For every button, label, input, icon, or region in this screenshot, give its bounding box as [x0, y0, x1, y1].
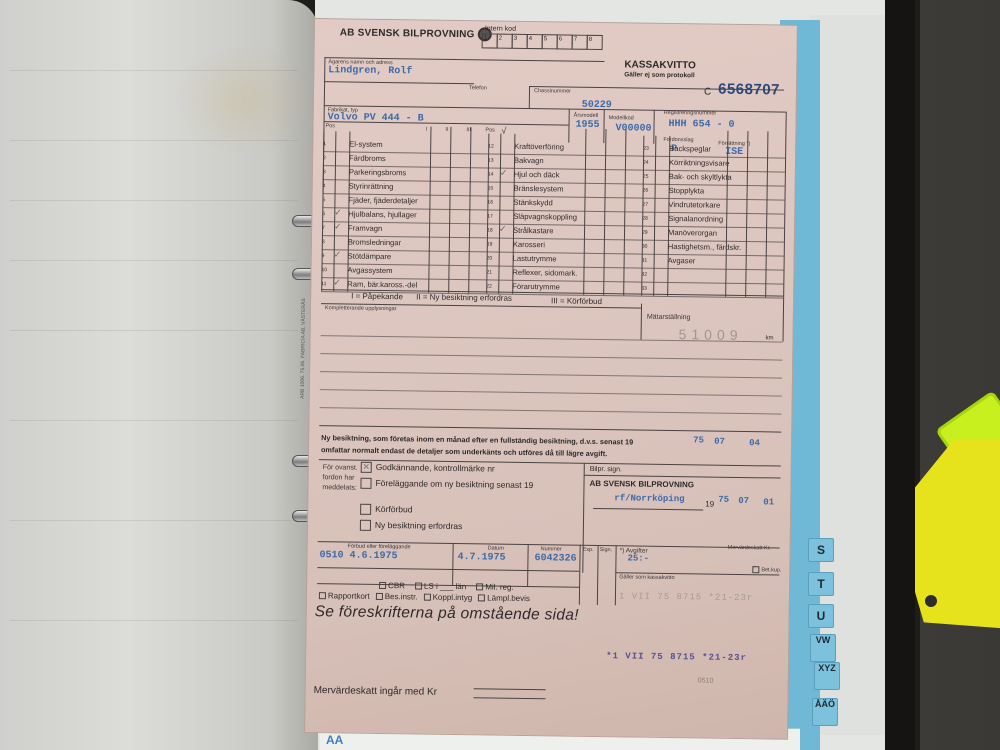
- pos-header: Pos: [325, 123, 335, 129]
- inspection-item: 5Fjäder, fjäderdetaljer: [322, 193, 487, 208]
- issuer-logo: AB SVENSK BILPROVNING: [340, 25, 492, 41]
- inspection-item: 12Kraftöverföring: [488, 139, 643, 154]
- vat-label: Mervärdeskatt Kr.: [728, 545, 771, 552]
- inspection-item: 28Signalanordning: [642, 212, 784, 227]
- item-label: Parkeringsbroms: [349, 168, 407, 178]
- inspection-item: 8Bromsledningar: [322, 235, 487, 250]
- item-pos: 24: [643, 160, 653, 166]
- intern-kod-box[interactable]: 2: [497, 34, 513, 49]
- item-pos: 8: [322, 239, 332, 245]
- item-pos: 26: [643, 188, 653, 194]
- issuer-name: AB SVENSK BILPROVNING: [340, 27, 475, 40]
- intern-kod-box[interactable]: 3: [512, 34, 528, 49]
- order-label: Förbud eller föreläggande: [348, 544, 411, 551]
- attachment-option: LS i ___ län: [415, 581, 466, 591]
- binder-edge: [885, 0, 915, 750]
- decision-option: ✕Godkännande, kontrollmärke nr: [361, 462, 561, 476]
- item-pos: 27: [642, 202, 652, 208]
- bottom-sheet-text: AA: [326, 733, 343, 747]
- intern-kod-box[interactable]: 6: [557, 34, 573, 49]
- inspection-item: 17Släpvagnskoppling: [487, 209, 642, 224]
- index-tab[interactable]: XYZ: [814, 662, 840, 690]
- station-year-prefix: 19: [705, 500, 714, 509]
- intern-kod-box[interactable]: 4: [527, 34, 543, 49]
- item-label: Vindrutetorkare: [668, 200, 720, 210]
- item-pos: 4: [323, 183, 333, 189]
- col-ii-header: II: [445, 127, 448, 133]
- item-pos: 29: [642, 230, 652, 236]
- item-label: Stopplykta: [669, 186, 705, 195]
- item-label: Bränslesystem: [514, 184, 564, 194]
- item-pos: 6: [322, 211, 332, 217]
- notes-label: Kompletterande upplysningar: [325, 305, 397, 312]
- receipt-subtitle: Gäller ej som protokoll: [624, 71, 695, 79]
- inspection-item: 32: [641, 268, 783, 283]
- intern-kod-box[interactable]: 7: [572, 35, 588, 50]
- item-label: Strålkastare: [513, 226, 554, 236]
- inspection-item: 24Körriktningsvisare: [643, 156, 785, 171]
- slogan: Se föreskrifterna på omstående sida!: [315, 603, 579, 625]
- attachment-checkbox[interactable]: [478, 595, 485, 602]
- attachment-checkbox[interactable]: [376, 593, 383, 600]
- item-pos: 20: [487, 255, 497, 261]
- item-label: El-system: [349, 140, 382, 149]
- item-label: Hjulbalans, hjullager: [348, 209, 417, 219]
- item-pos: 31: [642, 258, 652, 264]
- chassis-label: Chassinummer: [534, 88, 571, 95]
- station-dd: 01: [763, 497, 774, 507]
- item-label: Avgassystem: [347, 265, 392, 275]
- item-label: Lastutrymme: [513, 254, 557, 264]
- attachment-checkboxes: CBRLS i ___ länMil. reg. RapportkortBes.…: [319, 579, 579, 605]
- fee-value: 25:-: [627, 553, 649, 563]
- reinspection-line1: Ny besiktning, som företas inom en månad…: [321, 433, 633, 446]
- attachment-checkbox[interactable]: [319, 593, 326, 600]
- decision-prefix: För ovanst. fordon har meddelats:: [322, 463, 362, 494]
- decision-option-label: Ny besiktning erfordras: [375, 520, 463, 531]
- item-pos: 7: [322, 225, 332, 231]
- item-pos: 23: [643, 146, 653, 152]
- exp-label: Exp.: [583, 547, 594, 553]
- inspection-item: 29Manöverorgan: [642, 226, 784, 241]
- intern-kod-label: Intern kod: [485, 25, 516, 32]
- reg-label: Registreringsnummer: [664, 110, 717, 117]
- left-page: [0, 0, 318, 750]
- item-pos: 11: [321, 281, 331, 287]
- inspection-item: 27Vindrutetorkare: [642, 198, 784, 213]
- faint-stamp: 1 VII 75 8715 *21-23r: [619, 591, 754, 603]
- order-value: 0510 4.6.1975: [319, 550, 397, 562]
- inspection-item: 30Hastighetsm., färdskr.: [642, 240, 784, 255]
- decision-checkbox[interactable]: [360, 478, 371, 489]
- vat-text: Mervärdeskatt ingår med Kr: [314, 685, 438, 698]
- item-pos: 5: [322, 197, 332, 203]
- paid-label: Bet.kup.: [752, 566, 781, 573]
- inspection-item: 26Stopplykta: [643, 184, 785, 199]
- attachment-option: Bes.instr.: [376, 592, 418, 602]
- inspection-receipt: AB SVENSK BILPROVNING Intern kod 1234567…: [304, 18, 798, 740]
- page-stain: [175, 45, 315, 155]
- decision-option-label: Föreläggande om ny besiktning senast 19: [375, 478, 533, 490]
- item-pos: 12: [488, 143, 498, 149]
- index-tab[interactable]: U: [808, 604, 834, 628]
- owner-value: Lindgren, Rolf: [328, 65, 412, 77]
- station-yy: 75: [718, 495, 729, 505]
- pos-header-2: Pos: [485, 127, 495, 133]
- col-i-header: I: [425, 127, 427, 133]
- number-value: 6042326: [534, 553, 576, 565]
- checked-checkbox[interactable]: ✕: [361, 462, 372, 473]
- legend-ii: II = Ny besiktning erfordras: [416, 292, 512, 302]
- inspection-item: 31Avgaser: [642, 254, 784, 269]
- item-pos: 14: [488, 171, 498, 177]
- inspection-item: 1El-system: [323, 137, 488, 152]
- item-label: Ram, bär.kaross.-del: [347, 279, 417, 289]
- index-tab[interactable]: VW: [810, 634, 836, 662]
- item-pos: 2: [323, 155, 333, 161]
- inspection-item: 16Stänkskydd: [487, 195, 642, 210]
- inspection-item: 23Backspeglar: [643, 142, 785, 157]
- item-label: Hastighetsm., färdskr.: [668, 242, 742, 252]
- intern-kod-box[interactable]: 5: [542, 34, 558, 49]
- item-label: Körriktningsvisare: [669, 158, 729, 168]
- attachment-checkbox[interactable]: [424, 594, 431, 601]
- odometer-label: Mätarställning: [647, 314, 691, 322]
- inspector-sign-label: Bilpr. sign.: [590, 466, 622, 473]
- year-label: Årsmodell: [574, 113, 599, 119]
- decision-checkbox[interactable]: [360, 520, 371, 531]
- item-pos: 25: [643, 174, 653, 180]
- item-label: Reflexer, sidomark.: [512, 268, 577, 278]
- attachment-option: Lämpl.bevis: [478, 593, 530, 603]
- phone-label: Telefon: [469, 85, 487, 91]
- tag-hole: [925, 595, 937, 607]
- inspection-item: 6✓Hjulbalans, hjullager: [322, 207, 487, 222]
- item-label: Avgaser: [668, 256, 696, 265]
- item-label: Manöverorgan: [668, 228, 717, 238]
- item-pos: 1: [323, 141, 333, 147]
- form-code: 0510: [698, 677, 714, 684]
- item-label: Färdbroms: [349, 154, 386, 164]
- index-tab[interactable]: ÅÄÖ: [812, 698, 838, 726]
- item-pos: 16: [487, 199, 497, 205]
- date-label: Datum: [488, 545, 504, 551]
- intern-kod-boxes: 12345678: [483, 33, 603, 50]
- item-pos: 17: [487, 213, 497, 219]
- item-label: Bakvagn: [514, 156, 544, 165]
- reg-value: HHH 654 - 0: [668, 119, 734, 131]
- receipt-title: KASSAKVITTO: [624, 59, 696, 71]
- legend-iii: III = Körförbud: [551, 296, 602, 306]
- attachment-checkbox[interactable]: [476, 584, 483, 591]
- station-mm: 07: [738, 496, 749, 506]
- date-value: 4.7.1975: [457, 552, 505, 564]
- inspection-item: 9✓Stötdämpare: [322, 249, 487, 264]
- model-code-label: Modellkod: [609, 115, 634, 121]
- station-place: rf/Norrköping: [614, 493, 684, 504]
- index-tab[interactable]: S: [808, 538, 834, 562]
- attachment-option: CBR: [379, 581, 405, 590]
- sign-label: Sign.: [600, 547, 613, 553]
- inspection-item: 19Karosseri: [487, 237, 642, 252]
- inspection-item: 13Bakvagn: [488, 153, 643, 168]
- item-label: Signalanordning: [668, 214, 723, 224]
- item-pos: 28: [642, 216, 652, 222]
- item-pos: 30: [642, 244, 652, 250]
- inspection-item: 15Bränslesystem: [488, 181, 643, 196]
- item-pos: 32: [641, 272, 651, 278]
- model-code-value: V00000: [615, 123, 651, 135]
- inspection-item: 2Färdbroms: [323, 151, 488, 166]
- year-value: 1955: [575, 120, 599, 131]
- item-label: Backspeglar: [669, 144, 711, 154]
- item-label: Hjul och däck: [514, 170, 560, 180]
- decision-option-label: Godkännande, kontrollmärke nr: [376, 462, 495, 474]
- reinspection-line2: omfattar normalt endast de detaljer som …: [321, 445, 607, 458]
- item-pos: 18: [487, 227, 497, 233]
- item-label: Bromsledningar: [348, 237, 401, 247]
- item-pos: 9: [322, 253, 332, 259]
- item-label: Kraftöverföring: [514, 142, 564, 152]
- attachment-option: Koppl.intyg: [424, 593, 473, 603]
- item-pos: 21: [486, 269, 496, 275]
- item-label: Stänkskydd: [513, 198, 552, 208]
- number-label: Nummer: [541, 546, 562, 552]
- item-pos: 3: [323, 169, 333, 175]
- inspection-item: 7✓Framvagn: [322, 221, 487, 236]
- reinspection-mm: 07: [714, 437, 725, 447]
- item-label: Förarutrymme: [512, 282, 560, 292]
- item-label: Släpvagnskoppling: [513, 212, 577, 222]
- legend-i: I = Påpekande: [351, 292, 403, 302]
- item-label: Karosseri: [513, 240, 545, 249]
- inspection-item: 25Bak- och skyltlykta: [643, 170, 785, 185]
- decision-option: Körförbud: [360, 504, 560, 518]
- item-pos: 10: [321, 267, 331, 273]
- decision-option: Föreläggande om ny besiktning senast 19: [360, 478, 560, 492]
- item-pos: 13: [488, 157, 498, 163]
- inspection-item: 10Avgassystem: [321, 263, 486, 278]
- item-label: Fjäder, fjäderdetaljer: [348, 195, 417, 205]
- check-header: √: [501, 126, 506, 136]
- inspection-item: 20Lastutrymme: [487, 251, 642, 266]
- decision-checkbox[interactable]: [360, 504, 371, 515]
- item-pos: 15: [488, 185, 498, 191]
- inspection-item: 4Styrinrättning: [323, 179, 488, 194]
- item-pos: 33: [641, 286, 651, 292]
- inspection-item: 3Parkeringsbroms: [323, 165, 488, 180]
- attachment-option: Rapportkort: [319, 591, 370, 601]
- item-label: Styrinrättning: [349, 182, 394, 192]
- attachment-checkbox[interactable]: [415, 583, 422, 590]
- attachment-option: Mil. reg.: [476, 582, 514, 592]
- item-pos: 19: [487, 241, 497, 247]
- reinspection-dd: 04: [749, 438, 760, 448]
- inspection-item: 18✓Strålkastare: [487, 223, 642, 238]
- paid-checkbox[interactable]: [752, 566, 759, 573]
- cashier-stamp: *1 VII 75 8715 *21-23r: [606, 651, 747, 663]
- item-label: Framvagn: [348, 223, 382, 232]
- index-tab[interactable]: T: [808, 572, 834, 596]
- decision-option: Ny besiktning erfordras: [360, 520, 560, 534]
- station-issuer: AB SVENSK BILPROVNING: [589, 479, 694, 489]
- intern-kod-box[interactable]: 1: [482, 33, 498, 48]
- intern-kod-box[interactable]: 8: [587, 35, 603, 50]
- decision-option-label: Körförbud: [375, 504, 412, 515]
- item-pos: 22: [486, 283, 496, 289]
- item-label: Bak- och skyltlykta: [669, 172, 732, 182]
- attachment-checkbox[interactable]: [379, 582, 386, 589]
- reinspection-yy: 75: [693, 435, 704, 445]
- item-label: Stötdämpare: [348, 251, 392, 261]
- inspection-item: 21Reflexer, sidomark.: [486, 265, 641, 280]
- cash-note: Gäller som kassakvitto: [619, 574, 674, 581]
- inspection-item: 14✓Hjul och däck: [488, 167, 643, 182]
